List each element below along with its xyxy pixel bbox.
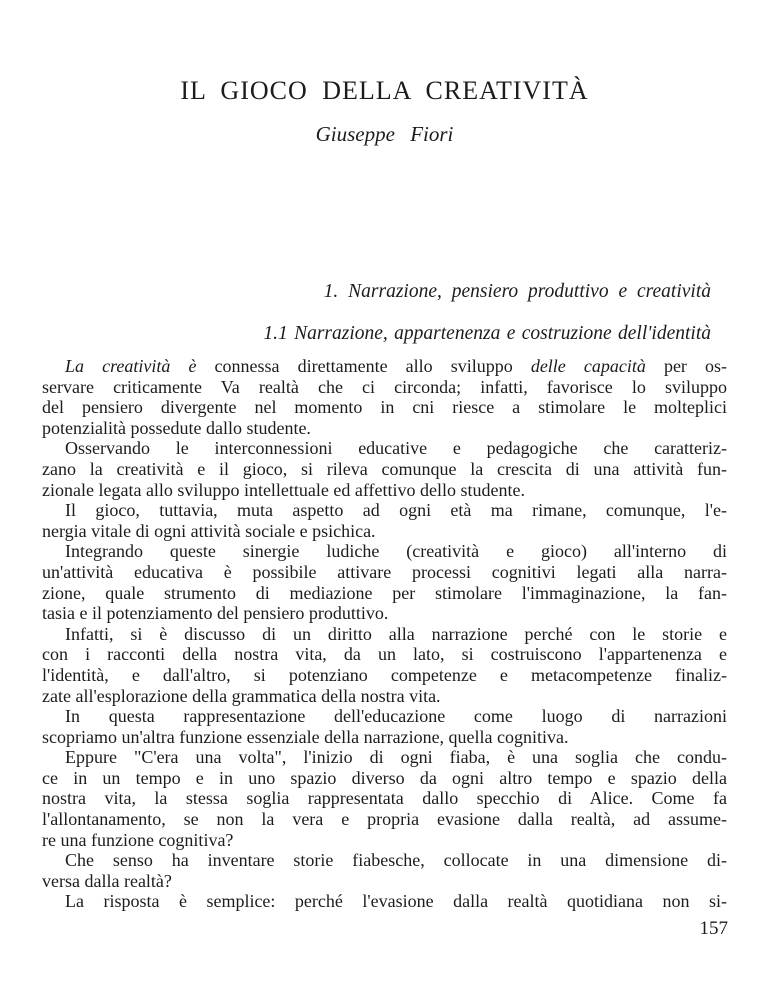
body-text: La creatività è connessa direttamente al… xyxy=(42,356,727,912)
paragraph: La creatività è connessa direttamente al… xyxy=(42,356,727,438)
text-line: zionale legata allo sviluppo intellettua… xyxy=(42,480,727,501)
page-number: 157 xyxy=(700,918,729,940)
paragraph: Integrando queste sinergie ludiche (crea… xyxy=(42,541,727,623)
page-title: IL GIOCO DELLA CREATIVITÀ xyxy=(42,76,727,106)
subsection-heading: 1.1 Narrazione, appartenenza e costruzio… xyxy=(42,323,711,345)
document-page: IL GIOCO DELLA CREATIVITÀ Giuseppe Fiori… xyxy=(0,0,768,994)
paragraph: Che senso ha inventare storie fiabesche,… xyxy=(42,850,727,891)
text-line: Eppure "C'era una volta", l'inizio di og… xyxy=(42,747,727,768)
paragraph: Infatti, si è discusso di un diritto all… xyxy=(42,624,727,706)
text-line: zano la creatività e il gioco, si rileva… xyxy=(42,459,727,480)
text-line: Che senso ha inventare storie fiabesche,… xyxy=(42,850,727,871)
text-line: La risposta è semplice: perché l'evasion… xyxy=(42,891,727,912)
text-line: Osservando le interconnessioni educative… xyxy=(42,438,727,459)
text-line: re una funzione cognitiva? xyxy=(42,830,727,851)
paragraph: In questa rappresentazione dell'educazio… xyxy=(42,706,727,747)
text-line: ce in un tempo e in uno spazio diverso d… xyxy=(42,768,727,789)
text-line: zione, quale strumento di mediazione per… xyxy=(42,583,727,604)
text-line: Infatti, si è discusso di un diritto all… xyxy=(42,624,727,645)
text-line: del pensiero divergente nel momento in c… xyxy=(42,397,727,418)
text-line: con i racconti della nostra vita, da un … xyxy=(42,644,727,665)
text-line: un'attività educativa è possibile attiva… xyxy=(42,562,727,583)
section-heading: 1. Narrazione, pensiero produttivo e cre… xyxy=(42,281,711,303)
paragraph: Il gioco, tuttavia, muta aspetto ad ogni… xyxy=(42,500,727,541)
author-name: Giuseppe Fiori xyxy=(42,122,727,147)
text-line: Integrando queste sinergie ludiche (crea… xyxy=(42,541,727,562)
paragraph: La risposta è semplice: perché l'evasion… xyxy=(42,891,727,912)
paragraph: Osservando le interconnessioni educative… xyxy=(42,438,727,500)
text-line: zate all'esplorazione della grammatica d… xyxy=(42,686,727,707)
text-line: versa dalla realtà? xyxy=(42,871,727,892)
text-line: La creatività è connessa direttamente al… xyxy=(42,356,727,377)
text-line: potenzialità possedute dallo studente. xyxy=(42,418,727,439)
text-line: In questa rappresentazione dell'educazio… xyxy=(42,706,727,727)
text-line: Il gioco, tuttavia, muta aspetto ad ogni… xyxy=(42,500,727,521)
text-line: l'allontanamento, se non la vera e propr… xyxy=(42,809,727,830)
text-line: servare criticamente Va realtà che ci ci… xyxy=(42,377,727,398)
text-line: nostra vita, la stessa soglia rappresent… xyxy=(42,788,727,809)
text-line: nergia vitale di ogni attività sociale e… xyxy=(42,521,727,542)
text-line: scopriamo un'altra funzione essenziale d… xyxy=(42,727,727,748)
paragraph: Eppure "C'era una volta", l'inizio di og… xyxy=(42,747,727,850)
text-line: l'identità, e dall'altro, si potenziano … xyxy=(42,665,727,686)
text-line: tasia e il potenziamento del pensiero pr… xyxy=(42,603,727,624)
